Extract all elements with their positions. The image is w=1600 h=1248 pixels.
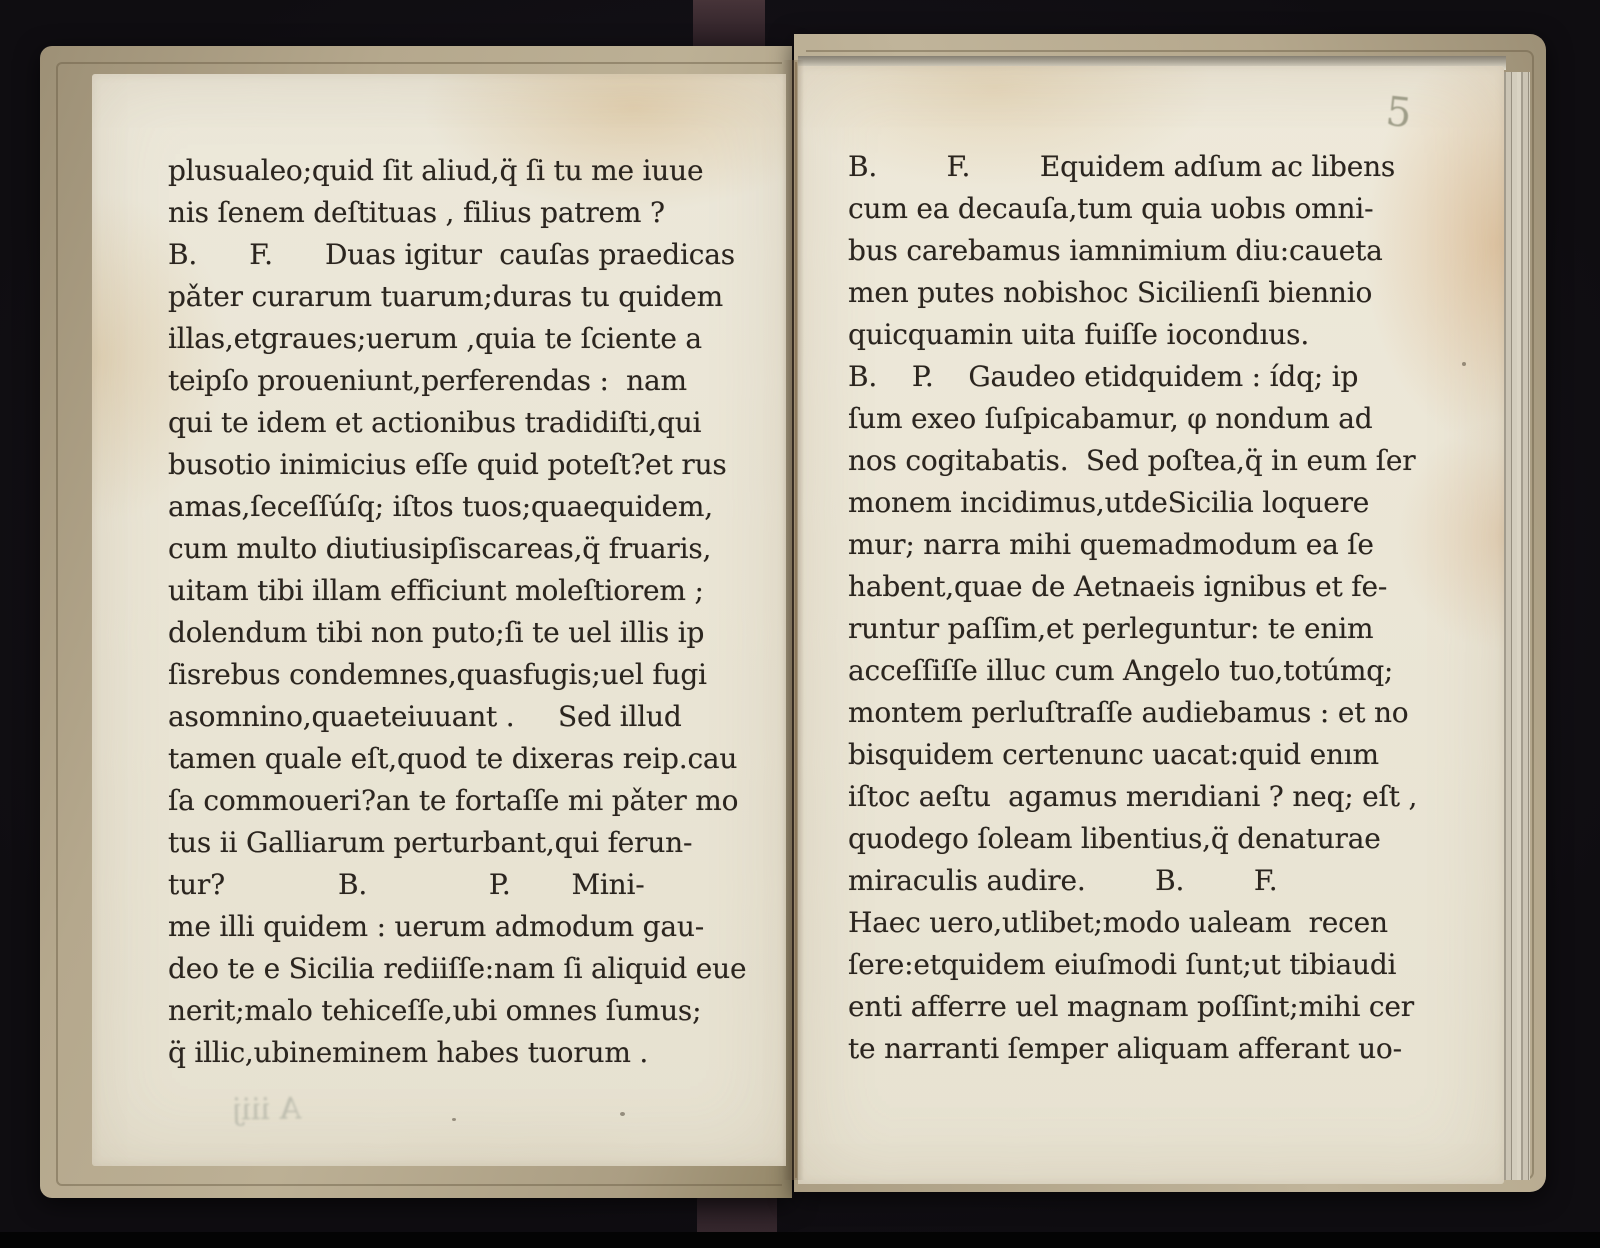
text-line: cum ea decauſa,tum quia uobıs omni- xyxy=(848,188,1458,230)
paper-speckle xyxy=(620,1112,625,1116)
text-line: illas,etgraues;uerum ,quia te ſciente a xyxy=(168,318,768,360)
text-line: enti afferre uel magnam poſſint;mihi cer xyxy=(848,986,1458,1028)
text-line: ſum exeo ſuſpicabamur, φ nondum ad xyxy=(848,398,1458,440)
text-line: acceſſiſſe illuc cum Angelo tuo,totúmq; xyxy=(848,650,1458,692)
paper-speckle xyxy=(452,1118,456,1121)
text-line: Haec uero,utlibet;modo ualeam recen xyxy=(848,902,1458,944)
text-line: runtur paſſim,et perleguntur: te enim xyxy=(848,608,1458,650)
text-line: dolendum tibi non puto;ſi te uel illis i… xyxy=(168,612,768,654)
right-page-text-block: B. F. Equidem adſum ac libenscum ea deca… xyxy=(848,146,1458,1070)
text-line: nis ſenem deſtituas , filius patrem ? xyxy=(168,192,768,234)
page-stack-fore-edge xyxy=(1500,72,1530,1180)
text-line: B. P. Gaudeo etidquidem : ídq; ip xyxy=(848,356,1458,398)
text-line: nerit;malo tehiceſſe,ubi omnes ſumus; xyxy=(168,990,768,1032)
text-line: quicquamin uita fuiſſe iocondıus. xyxy=(848,314,1458,356)
text-line: tur? B. P. Mini- xyxy=(168,864,768,906)
text-line: pǎter curarum tuarum;duras tu quidem xyxy=(168,276,768,318)
text-line: te narranti ſemper aliquam afferant uo- xyxy=(848,1028,1458,1070)
text-line: tamen quale eſt,quod te dixeras reip.cau xyxy=(168,738,768,780)
text-line: tus ii Galliarum perturbant,qui ferun- xyxy=(168,822,768,864)
text-line: ſere:etquidem eiuſmodi ſunt;ut tibiaudi xyxy=(848,944,1458,986)
text-line: habent,quae de Aetnaeis ignibus et fe- xyxy=(848,566,1458,608)
text-line: ſisrebus condemnes,quasfugis;uel fugi xyxy=(168,654,768,696)
text-line: bisquidem certenunc uacat:quid enım xyxy=(848,734,1458,776)
text-line: asomnino,quaeteiuuant . Sed illud xyxy=(168,696,768,738)
book-gutter xyxy=(782,60,804,1180)
text-line: deo te e Sicilia rediiſſe:nam ſi aliquid… xyxy=(168,948,768,990)
text-line: amas,ſeceſſúſq; iſtos tuos;quaequidem, xyxy=(168,486,768,528)
text-line: B. F. Equidem adſum ac libens xyxy=(848,146,1458,188)
text-line: q̈ illic,ubineminem habes tuorum . xyxy=(168,1032,768,1074)
handwritten-folio-number: 5 xyxy=(1384,89,1414,137)
text-line: uitam tibi illam efficiunt moleſtiorem ; xyxy=(168,570,768,612)
text-line: B. F. Duas igitur cauſas praedicas xyxy=(168,234,768,276)
text-line: me illi quidem : uerum admodum gau- xyxy=(168,906,768,948)
text-line: ſa commoueri?an te fortaſſe mi pǎter mo xyxy=(168,780,768,822)
text-line: men putes nobishoc Sicilienſi biennio xyxy=(848,272,1458,314)
text-line: monem incidimus,utdeSicilia loquere xyxy=(848,482,1458,524)
text-line: quodego ſoleam libentius,q̈ denaturae xyxy=(848,818,1458,860)
paper-speckle xyxy=(1462,362,1466,366)
text-line: plusualeo;quid ſit aliud,q̈ ſi tu me iuu… xyxy=(168,150,768,192)
text-line: montem perluſtraſſe audiebamus : et no xyxy=(848,692,1458,734)
image-bottom-letterbox xyxy=(0,1232,1600,1248)
text-line: bus carebamus iamnimium diu:caueta xyxy=(848,230,1458,272)
text-line: busotio inimicius eſſe quid poteſt?et ru… xyxy=(168,444,768,486)
text-line: teipſo proueniunt,perferendas : nam xyxy=(168,360,768,402)
gutter-crease-line xyxy=(795,62,797,1178)
text-line: iſtoc aeſtu agamus merıdiani ? neq; eſt … xyxy=(848,776,1458,818)
text-line: nos cogitabatis. Sed poſtea,q̈ in eum ſe… xyxy=(848,440,1458,482)
left-page-text-block: plusualeo;quid ſit aliud,q̈ ſi tu me iuu… xyxy=(168,150,768,1074)
text-line: qui te idem et actionibus tradidiſti,qui xyxy=(168,402,768,444)
signature-showthrough: A iiij xyxy=(232,1091,302,1127)
photo-background: plusualeo;quid ſit aliud,q̈ ſi tu me iuu… xyxy=(0,0,1600,1248)
text-line: mur; narra mihi quemadmodum ea ſe xyxy=(848,524,1458,566)
text-line: miraculis audire. B. F. xyxy=(848,860,1458,902)
text-line: cum multo diutiusipſiscareas,q̈ fruaris, xyxy=(168,528,768,570)
